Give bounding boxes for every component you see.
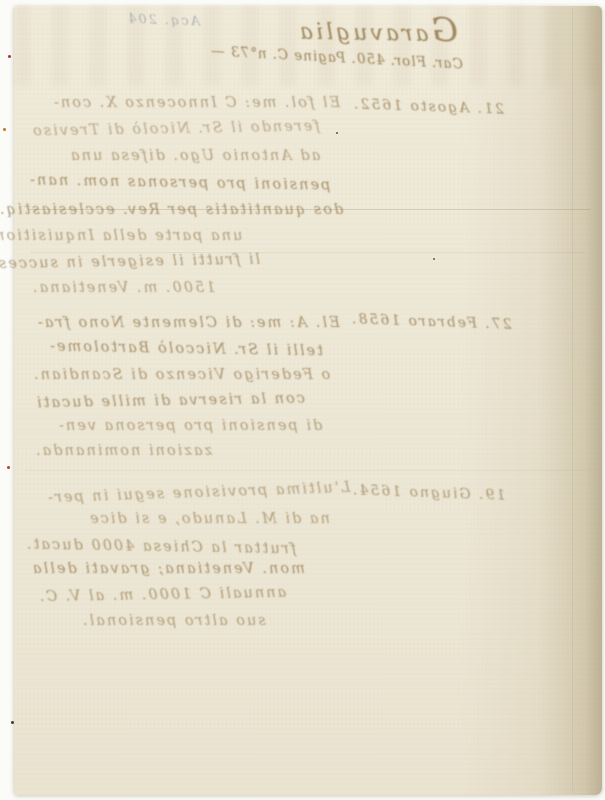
pencil-accession-note: Acq. 204 [126, 12, 201, 30]
manuscript-line: una parte della Inquisitione. [0, 229, 242, 244]
dust-speck [11, 721, 14, 724]
manuscript-line: o Federigo Vicenzo di Scandian. [32, 368, 330, 383]
manuscript-line: dos quantitatis per Rev. ecclesiastiq. [0, 203, 343, 218]
page-curl-shadow [460, 6, 602, 795]
dust-speck [3, 128, 6, 131]
manuscript-line: suo altro pensional. [81, 614, 266, 629]
manuscript-line: na di M. Lanudo, e si dice [88, 512, 330, 527]
paper-crease-horizontal-2 [30, 252, 585, 253]
header-title: Garavuglia [297, 11, 459, 47]
manuscript-line: zazioni nominanda. [34, 444, 212, 459]
manuscript-line: ad Antonio Ugo. difesa una [69, 149, 320, 164]
manuscript-line: El. A: me: di Clemente Nono fra- [36, 316, 340, 331]
paper-crease-horizontal-3 [25, 470, 590, 471]
dust-speck [7, 466, 10, 469]
paper-crease-vertical [572, 8, 573, 791]
manuscript-line: El fol. me: C Innocenzo X. con- [52, 96, 340, 111]
manuscript-line: 1500. m. Venetiana. [31, 281, 215, 296]
dust-speck [433, 258, 435, 260]
scan-background: Acq. 204 Garavuglia Car. Flor. 450. Pagi… [0, 0, 605, 800]
manuscript-line: mon. Venetiana; gravati della [31, 562, 305, 577]
dust-speck [8, 55, 11, 58]
manuscript-line: di pensioni pro persona ven- [57, 419, 322, 434]
dust-speck [336, 132, 338, 134]
